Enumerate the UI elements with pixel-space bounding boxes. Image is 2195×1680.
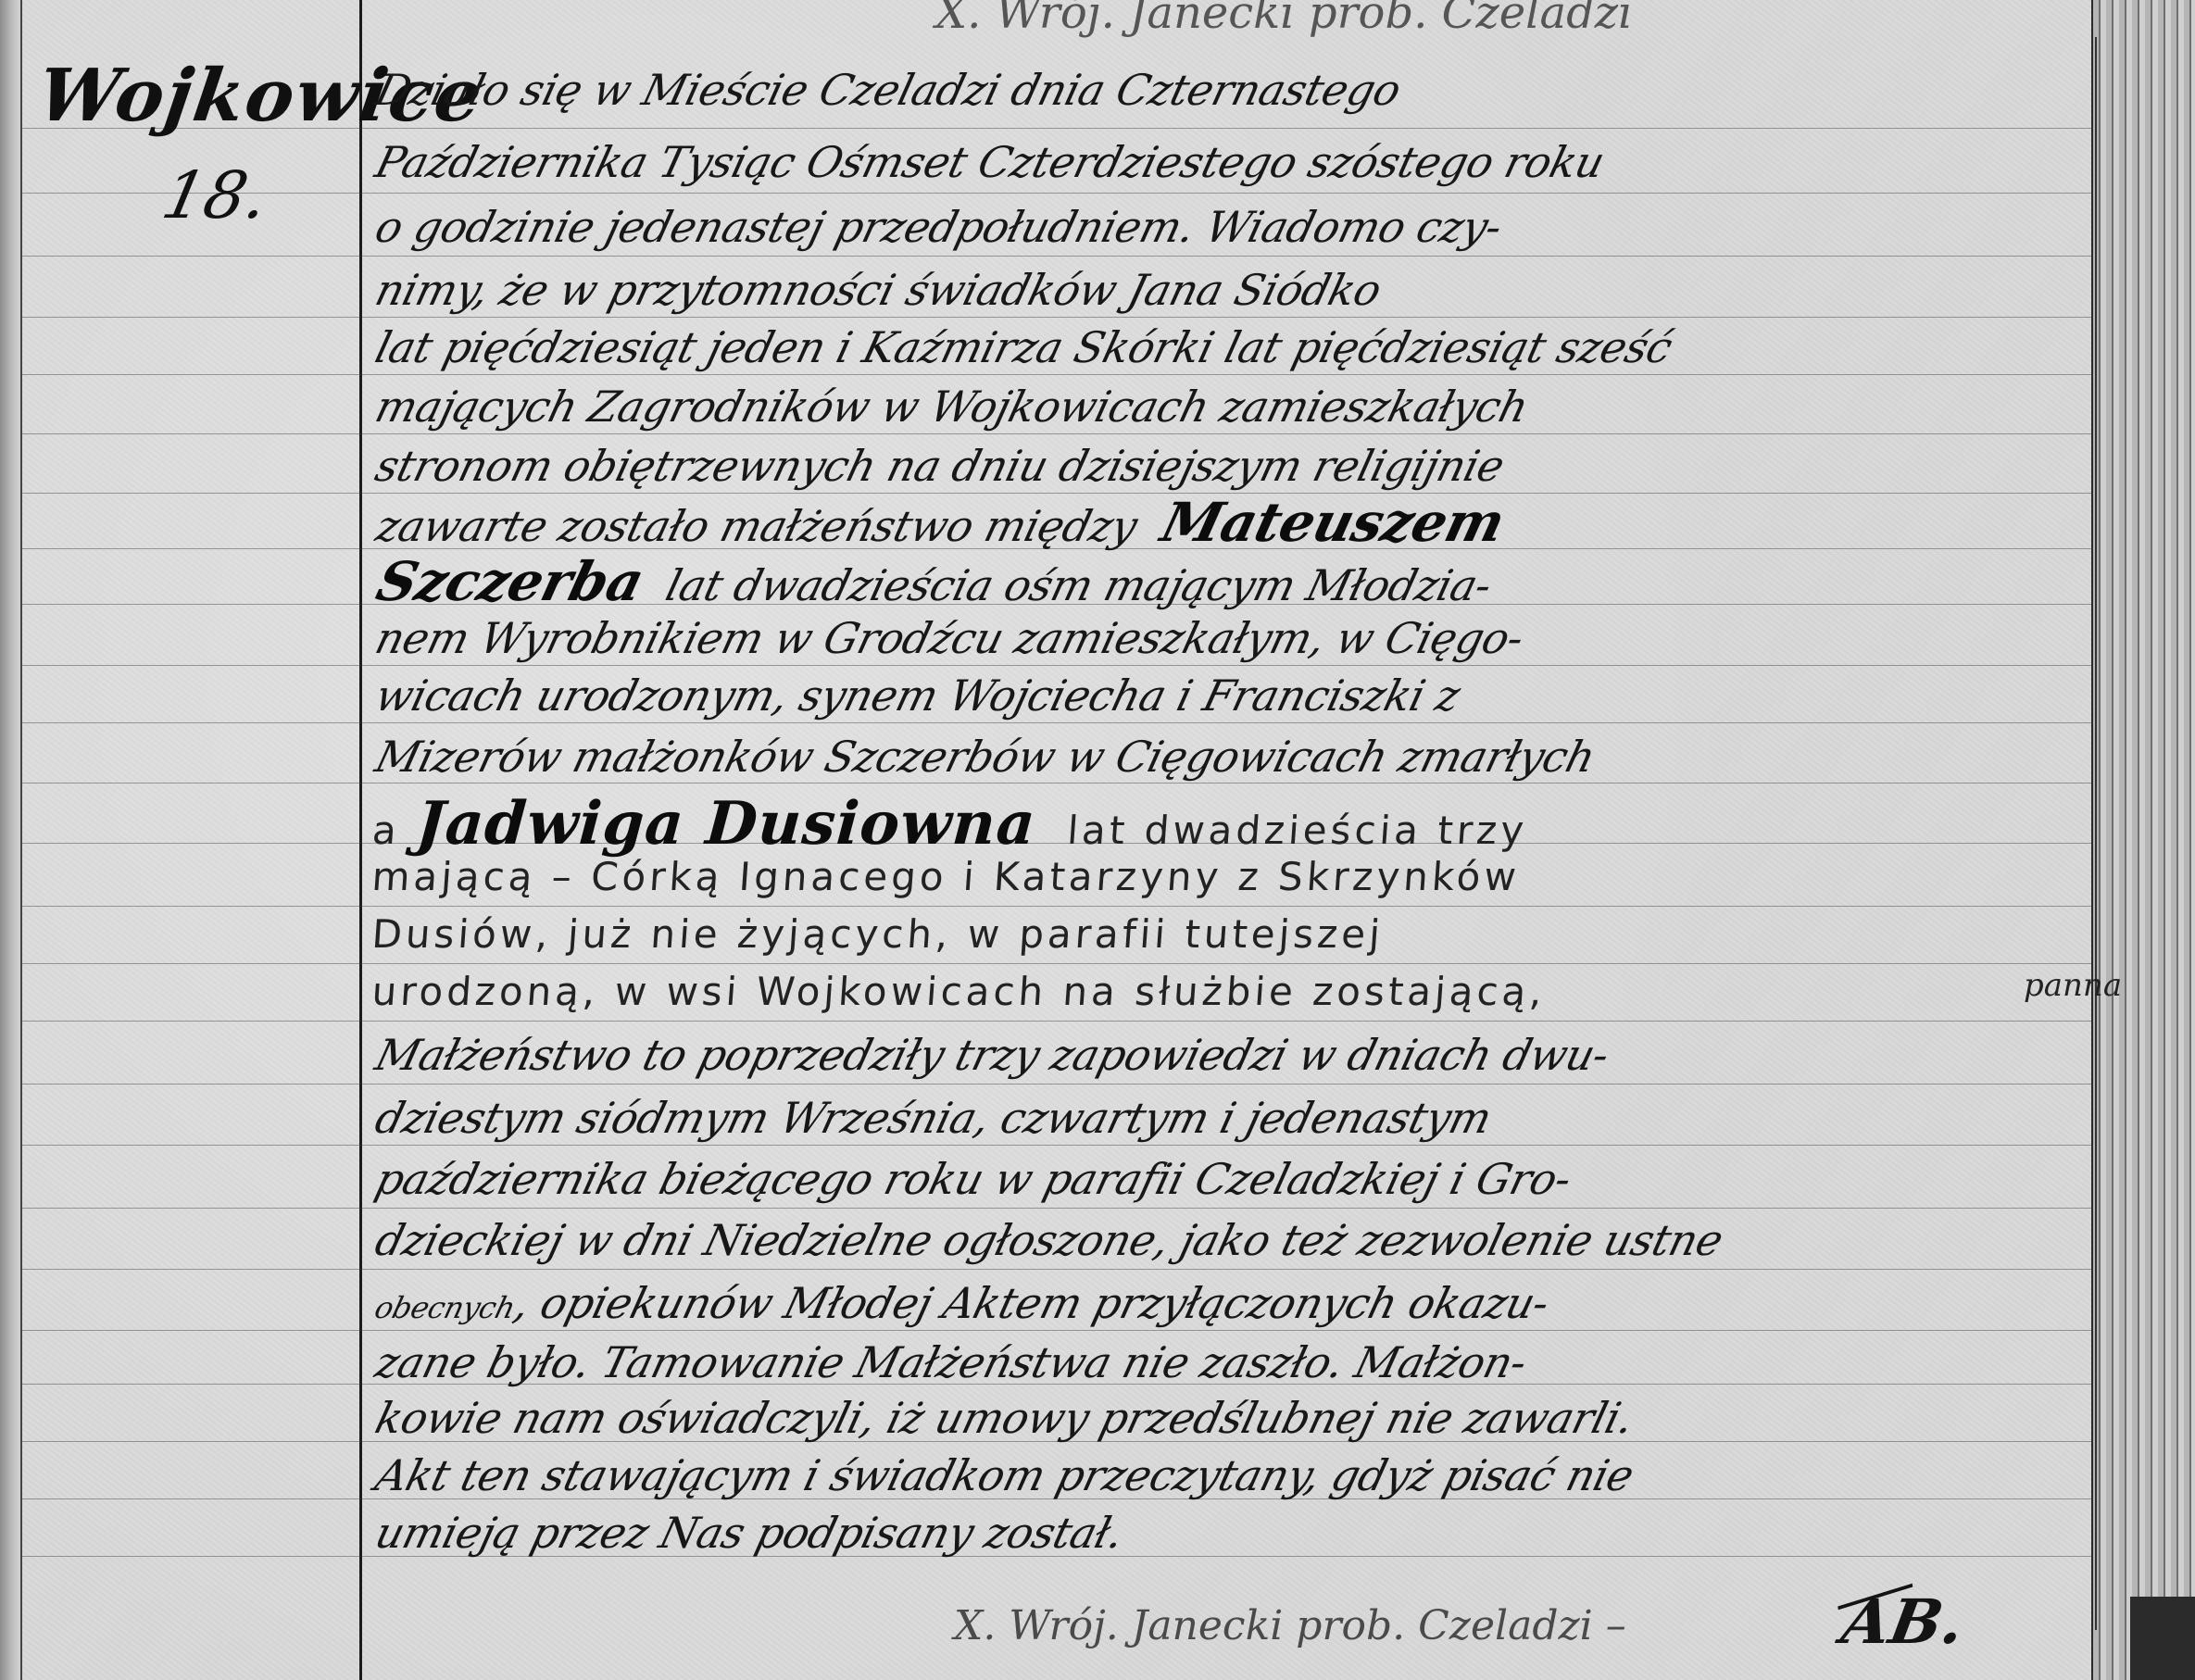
record-line: Dusiów, już nie żyjących, w parafii tute… bbox=[370, 911, 1386, 957]
record-line: Szczerba lat dwadzieścia ośm mającym Mło… bbox=[370, 550, 1499, 613]
record-line: urodzoną, w wsi Wojkowicach na służbie z… bbox=[370, 969, 1547, 1014]
record-line: Akt ten stawającym i świadkom przeczytan… bbox=[370, 1450, 1638, 1500]
priest-signature-note: X. Wrój. Janecki prob. Czeladzi – bbox=[954, 1602, 1626, 1649]
record-line: o godzinie jedenastej przedpołudniem. Wi… bbox=[370, 202, 1507, 252]
margin-column: Wojkowice 18. bbox=[20, 0, 359, 1680]
record-line: Działo się w Mieście Czeladzi dnia Czter… bbox=[370, 65, 1406, 115]
record-line: nem Wyrobnikiem w Grodźcu zamieszkałym, … bbox=[370, 613, 1528, 663]
record-line: obecnych, opiekunów Młodej Aktem przyłąc… bbox=[370, 1278, 1554, 1328]
groom-surname: Szczerba bbox=[370, 550, 650, 613]
book-gutter bbox=[0, 0, 22, 1680]
record-line: stronom obiętrzewnych na dniu dzisiejszy… bbox=[370, 441, 1509, 491]
record-line: dziestym siódmym Września, czwartym i je… bbox=[370, 1093, 1497, 1143]
record-line: zane było. Tamowanie Małżeństwa nie zasz… bbox=[370, 1337, 1532, 1387]
groom-first-name: Mateuszem bbox=[1155, 491, 1511, 554]
record-line: wicach urodzonym, synem Wojciecha i Fran… bbox=[370, 671, 1465, 721]
record-line: zawarte zostało małżeństwo między Mateus… bbox=[370, 491, 1511, 554]
record-line: Października Tysiąc Ośmset Czterdziesteg… bbox=[370, 137, 1610, 187]
record-line: października bieżącego roku w parafii Cz… bbox=[370, 1154, 1576, 1204]
document-page: X. Wrój. Janecki prob. Czeladzi Wojkowic… bbox=[0, 0, 2195, 1680]
record-line: dzieckiej w dni Niedzielne ogłoszone, ja… bbox=[370, 1215, 1728, 1265]
record-line: umieją przez Nas podpisany został. bbox=[370, 1508, 1129, 1558]
record-line: a Jadwiga Dusiowna lat dwadzieścia trzy bbox=[370, 789, 1530, 859]
record-line: mających Zagrodników w Wojkowicach zamie… bbox=[370, 382, 1533, 432]
bride-name: Jadwiga Dusiowna bbox=[414, 789, 1038, 859]
right-margin-rule bbox=[2095, 37, 2097, 1630]
record-line: nimy, że w przytomności świadków Jana Si… bbox=[370, 265, 1386, 315]
entry-number: 18. bbox=[156, 157, 275, 233]
record-line: Mizerów małżonków Szczerbów w Cięgowicac… bbox=[370, 732, 1600, 782]
page-edges bbox=[2091, 0, 2195, 1680]
inserted-word: panna bbox=[2024, 967, 2122, 1004]
record-line: Małżeństwo to poprzedziły trzy zapowiedz… bbox=[370, 1030, 1614, 1080]
record-line: lat pięćdziesiąt jeden i Kaźmirza Skórki… bbox=[370, 322, 1677, 372]
record-line: kowie nam oświadczyli, iż umowy przedślu… bbox=[370, 1393, 1638, 1443]
initials-signature: AB. bbox=[1837, 1586, 1970, 1658]
margin-rule bbox=[359, 0, 362, 1680]
record-body: Działo się w Mieście Czeladzi dnia Czter… bbox=[370, 0, 2093, 1680]
record-line: mającą – Córką Ignacego i Katarzyny z Sk… bbox=[370, 854, 1522, 899]
